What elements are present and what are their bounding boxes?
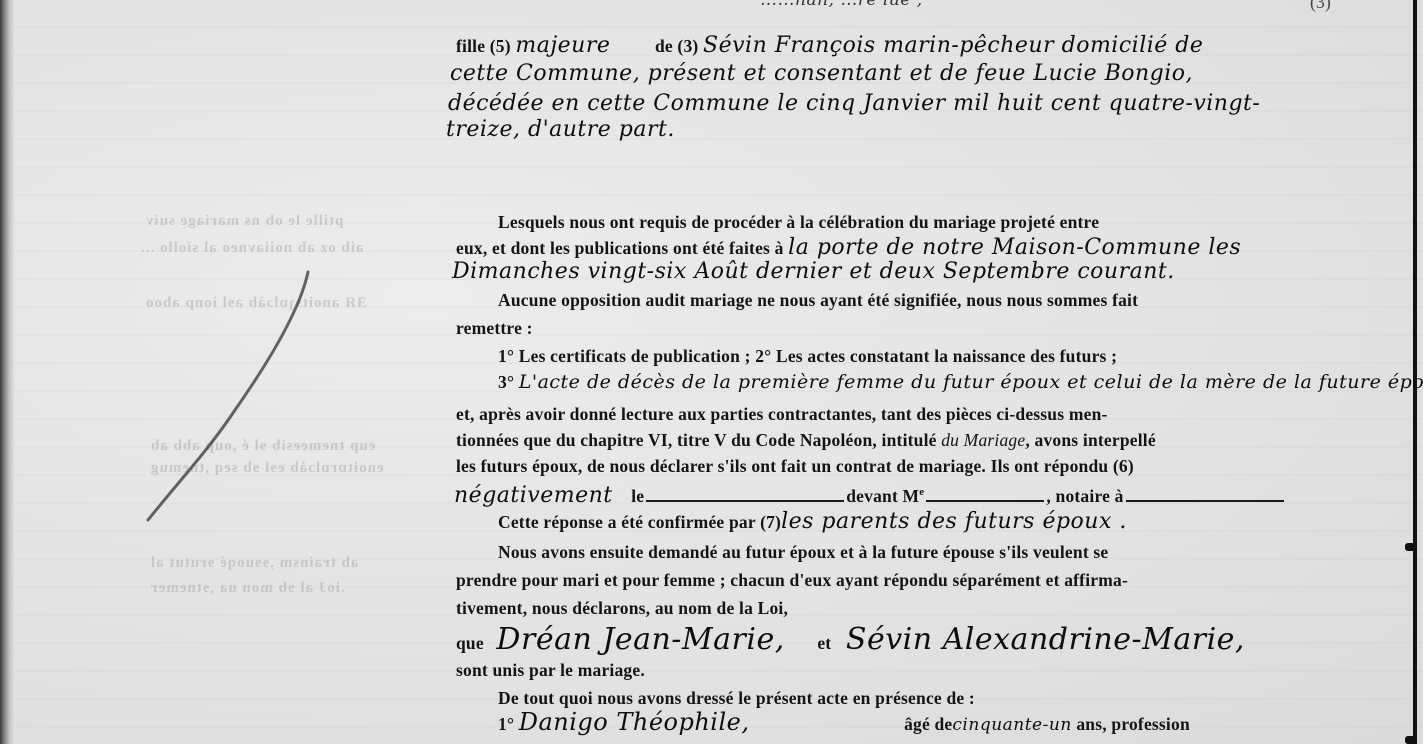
printed-confirmation: Cette réponse a été confirmée par (7): [498, 512, 781, 532]
bleed-through-text: ab trainsm ,ɘɘuoqé ɘrutut al: [150, 555, 358, 572]
bleed-through-text: aib oz ab noiiavneo al siollo ...: [140, 240, 363, 257]
consent-line-1: Nous avons ensuite demandé au futur épou…: [498, 542, 1108, 562]
page-binding-edge: [0, 0, 14, 744]
printed-fille: fille (5): [456, 36, 511, 56]
blank-notary-rule: [926, 499, 1044, 502]
top-cut-line-text: ……nan, …re lué ,: [760, 0, 923, 10]
printed-le: le: [631, 486, 644, 506]
hand-parents-line-3: décédée en cette Commune le cinq Janvier…: [448, 94, 1260, 114]
documents-item-3: 3° L'acte de décès de la première femme …: [498, 372, 1423, 392]
printed-notaire: , notaire à: [1046, 486, 1123, 506]
witness-1-number: 1°: [498, 714, 514, 734]
lecture-text: , avons interpellé: [1025, 430, 1155, 450]
lecture-line-3: les futurs époux, de nous déclarer s'ils…: [456, 456, 1134, 476]
consent-line-2: prendre pour mari et pour femme ; chacun…: [456, 570, 1128, 590]
blank-date-rule: [646, 499, 844, 502]
bride-filiation-line: fille (5) majeure de (3) Sévin François …: [456, 36, 1203, 56]
lecture-text: tionnées que du chapitre VI, titre V du …: [456, 430, 941, 450]
witness-1-name: Danigo Théophile,: [519, 708, 750, 736]
printed-de: de (3): [655, 36, 698, 56]
bleed-through-text: .ioJ al ɘb mon ua ,ɘtnemer: [150, 580, 345, 597]
hand-publication-place: la porte de notre Maison-Commune les: [788, 235, 1241, 260]
witness-1-age-label: âgé de: [904, 714, 952, 734]
lecture-line-2: tionnées que du chapitre VI, titre V du …: [456, 430, 1156, 450]
hand-father-info: Sévin François marin-pêcheur domicilié d…: [703, 33, 1203, 58]
witnesses-intro: De tout quoi nous avons dressé le présen…: [498, 688, 975, 708]
witness-1-profession-label: ans, profession: [1076, 714, 1190, 734]
opposition-line-2: remettre :: [456, 318, 533, 338]
witness-1-age: cinquante-un: [952, 715, 1071, 735]
printed-que: que: [456, 633, 484, 653]
stray-pen-stroke: [140, 270, 340, 530]
hand-item-3: L'acte de décès de la première femme du …: [519, 371, 1423, 393]
bleed-through-text: ptille le ob ns mariage suiv: [145, 213, 343, 230]
printed-devant: devant M: [846, 486, 919, 506]
hand-publication-dates: Dimanches vingt-six Août dernier et deux…: [452, 262, 1175, 282]
bride-name: Sévin Alexandrine-Marie,: [846, 622, 1245, 657]
hand-confirmation: les parents des futurs époux .: [781, 509, 1127, 534]
opposition-line-1: Aucune opposition audit mariage ne nous …: [498, 290, 1138, 310]
scanned-register-page: ptille le ob ns mariage suiv aib oz ab n…: [0, 0, 1423, 744]
blank-place-rule: [1126, 499, 1284, 502]
contract-line: négativement ledevant Me, notaire à: [454, 482, 1286, 506]
printed-et: et: [817, 633, 831, 653]
border-mark: [1405, 543, 1417, 551]
union-line: sont unis par le mariage.: [456, 660, 645, 680]
hand-status: majeure: [515, 33, 610, 58]
hand-contract-answer: négativement: [454, 483, 613, 508]
hand-parents-line-4: treize, d'autre part.: [446, 120, 675, 140]
printed-devant-sup: e: [919, 486, 924, 498]
lecture-line-1: et, après avoir donné lecture aux partie…: [456, 404, 1108, 424]
consent-line-3: tivement, nous déclarons, au nom de la L…: [456, 598, 788, 618]
documents-item-1-2: 1° Les certificats de publication ; 2° L…: [498, 346, 1117, 366]
lecture-title-italic: du Mariage: [941, 430, 1025, 450]
top-cut-line-note: (3): [1310, 0, 1331, 12]
item-3-number: 3°: [498, 372, 514, 392]
publications-line-1: Lesquels nous ont requis de procéder à l…: [498, 212, 1099, 232]
witness-1-line: 1° Danigo Théophile, âgé decinquante-un …: [498, 712, 1190, 735]
declaration-line: que Dréan Jean-Marie, et Sévin Alexandri…: [456, 630, 1245, 653]
publications-line-2: eux, et dont les publications ont été fa…: [456, 238, 1241, 258]
printed-publications: eux, et dont les publications ont été fa…: [456, 238, 784, 258]
hand-parents-line-2: cette Commune, présent et consentant et …: [450, 64, 1193, 84]
confirmation-line: Cette réponse a été confirmée par (7)les…: [498, 512, 1127, 532]
border-mark: [1405, 736, 1417, 744]
groom-name: Dréan Jean-Marie,: [496, 622, 784, 657]
